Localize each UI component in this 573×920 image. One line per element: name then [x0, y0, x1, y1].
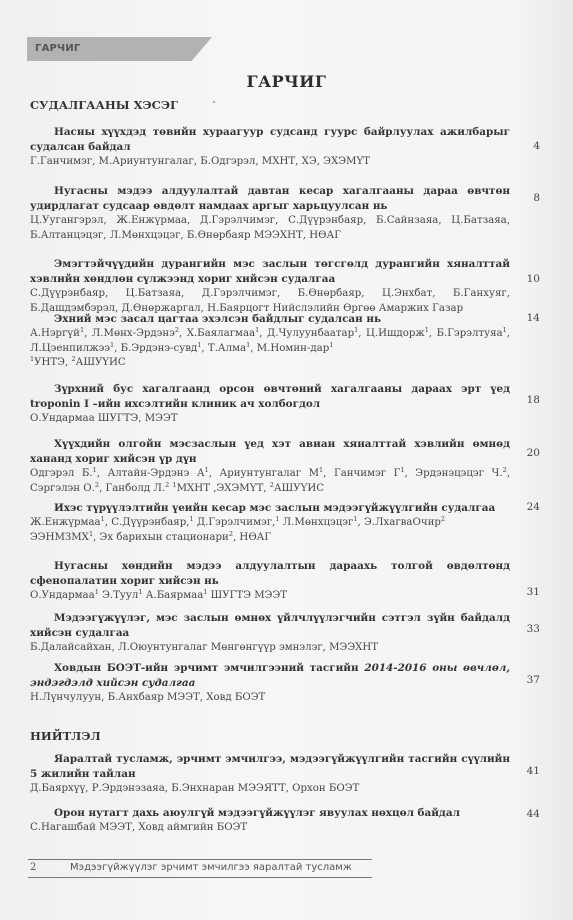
- toc-entry[interactable]: Хүүхдийн олгойн мэсзаслын үед хэт авиан …: [30, 437, 540, 496]
- speck: [213, 101, 215, 103]
- entry-authors: Б.Далайсайхан, Л.Оюунтунгалаг Мөнгөнгүүр…: [30, 641, 510, 656]
- footer-page-number: 2: [30, 862, 36, 873]
- affiliation-superscript: 1: [190, 515, 194, 523]
- entry-page-number: 44: [527, 808, 540, 820]
- toc-entry[interactable]: Насны хүүхдэд төвийн хураагуур судсанд г…: [30, 125, 540, 170]
- affiliation-superscript: 2: [229, 530, 233, 538]
- entry-page-number: 31: [527, 586, 540, 598]
- section-heading-research: СУДАЛГААНЫ ХЭСЭГ: [30, 98, 178, 112]
- entry-authors: О.Ундармаа ШУГТЭ, МЭЭТ: [30, 412, 510, 427]
- running-footer: 2 Мэдээгүйжүүлэг эрчимт эмчилгээ яаралта…: [28, 859, 372, 878]
- affiliation-superscript: 1: [30, 355, 34, 363]
- affiliation-superscript: 1: [110, 341, 114, 349]
- entry-page-number: 4: [533, 140, 540, 152]
- affiliation-superscript: 2: [441, 515, 445, 523]
- section-tab-label: ГАРЧИГ: [35, 43, 80, 54]
- affiliation-superscript: 2: [165, 481, 169, 489]
- section-heading-articles: НИЙТЛЭЛ: [30, 729, 101, 743]
- toc-entry[interactable]: Эхний мэс засал цагтаа эхэлсэн байдлыг с…: [30, 312, 540, 371]
- entry-authors: Г.Ганчимэг, М.Ариунтунгалаг, Б.Одгэрэл, …: [30, 155, 510, 170]
- entry-page-number: 10: [527, 273, 540, 285]
- entry-authors: Н.Лүнчулуун, Б.Анхбаяр МЭЭТ, Ховд БОЭТ: [30, 691, 510, 706]
- entry-title[interactable]: Эхний мэс засал цагтаа эхэлсэн байдлыг с…: [30, 312, 510, 327]
- entry-page-number: 8: [533, 192, 540, 204]
- affiliation-superscript: 1: [329, 341, 333, 349]
- affiliation-superscript: 1: [197, 341, 201, 349]
- affiliation-superscript: 1: [93, 466, 97, 474]
- entry-title[interactable]: Нугасны хөндийн мэдээ алдуулалтын дараах…: [30, 559, 510, 589]
- affiliation-superscript: 1: [275, 515, 279, 523]
- entry-page-number: 41: [527, 765, 540, 777]
- entry-authors: Ж.Енжүрмаа1, С.Дүүрэнбаяр,1 Д.Гэрэлчимэг…: [30, 516, 510, 545]
- page-title: ГАРЧИГ: [0, 72, 573, 91]
- section-tab-band: ГАРЧИГ: [27, 37, 212, 61]
- affiliation-superscript: 1: [425, 326, 429, 334]
- affiliation-superscript: 2: [270, 481, 274, 489]
- entry-title[interactable]: Нугасны мэдээ алдуулалтай давтан кесар х…: [30, 184, 510, 214]
- entry-authors: Ц.Уугангэрэл, Ж.Енжүрмаа, Д.Гэрэлчимэг, …: [30, 214, 510, 243]
- affiliation-superscript: 1: [503, 326, 507, 334]
- affiliation-superscript: 1: [172, 481, 176, 489]
- entry-title[interactable]: Эмэгтэйчүүдийн дурангийн мэс заслын төгс…: [30, 257, 510, 287]
- affiliation-superscript: 1: [89, 530, 93, 538]
- entry-authors: С.Нагашбай МЭЭТ, Ховд аймгийн БОЭТ: [30, 821, 510, 836]
- affiliation-superscript: 1: [246, 341, 250, 349]
- entry-page-number: 37: [527, 674, 540, 686]
- affiliation-superscript: 2: [503, 466, 507, 474]
- entry-page-number: 33: [527, 623, 540, 635]
- affiliation-superscript: 1: [255, 326, 259, 334]
- affiliation-superscript: 2: [175, 326, 179, 334]
- entry-page-number: 20: [527, 447, 540, 459]
- affiliation-superscript: 1: [80, 326, 84, 334]
- toc-entry[interactable]: Орон нутагт дахь аюулгүй мэдээгүйжүүлэг …: [30, 806, 540, 836]
- entry-authors: О.Ундармаа1 Э.Туул1 А.Баярмаа1 ШУГТЭ МЭЭ…: [30, 589, 510, 604]
- toc-entry[interactable]: Яаралтай тусламж, эрчимт эмчилгээ, мэдээ…: [30, 752, 540, 797]
- affiliation-superscript: 1: [101, 515, 105, 523]
- toc-entry[interactable]: Ховдын БОЭТ-ийн эрчимт эмчилгээний тасги…: [30, 661, 540, 706]
- affiliation-superscript: 1: [95, 588, 99, 596]
- affiliation-superscript: 2: [71, 355, 75, 363]
- entry-page-number: 18: [527, 394, 540, 406]
- entry-authors: Д.Баярхүү, Р.Эрдэнэзаяа, Б.Энхнаран МЭЭЯ…: [30, 782, 510, 797]
- toc-entry[interactable]: Эмэгтэйчүүдийн дурангийн мэс заслын төгс…: [30, 257, 540, 316]
- entry-page-number: 14: [527, 312, 540, 324]
- affiliation-superscript: 1: [353, 515, 357, 523]
- footer-journal-title: Мэдээгүйжүүлэг эрчимт эмчилгээ яаралтай …: [70, 862, 352, 873]
- entry-authors: Одгэрэл Б.1, Алтайн-Эрдэнэ А1, Ариунтунг…: [30, 467, 510, 496]
- entry-title[interactable]: Яаралтай тусламж, эрчимт эмчилгээ, мэдээ…: [30, 752, 510, 782]
- affiliation-superscript: 1: [400, 466, 404, 474]
- affiliation-superscript: 1: [319, 466, 323, 474]
- entry-title[interactable]: Ховдын БОЭТ-ийн эрчимт эмчилгээний тасги…: [30, 661, 510, 691]
- toc-entry[interactable]: Нугасны мэдээ алдуулалтай давтан кесар х…: [30, 184, 540, 243]
- toc-entry[interactable]: Нугасны хөндийн мэдээ алдуулалтын дараах…: [30, 559, 540, 604]
- entry-title[interactable]: Орон нутагт дахь аюулгүй мэдээгүйжүүлэг …: [30, 806, 510, 821]
- entry-page-number: 24: [527, 501, 540, 513]
- toc-entry[interactable]: Ихэс түрүүлэлтийн үеийн кесар мэс заслын…: [30, 501, 540, 545]
- entry-title[interactable]: Ихэс түрүүлэлтийн үеийн кесар мэс заслын…: [30, 501, 510, 516]
- italic-text: 2014-2016 оны өвчлөл, эндэгдэлд хийсэн с…: [30, 662, 510, 689]
- affiliation-superscript: 1: [203, 588, 207, 596]
- affiliation-superscript: 1: [138, 588, 142, 596]
- entry-title[interactable]: Зүрхний бус хагалгаанд орсон өвчтөний ха…: [30, 382, 510, 412]
- toc-entry[interactable]: Мэдээгүжүүлэг, мэс заслын өмнөх үйлчлүүл…: [30, 611, 540, 656]
- entry-title[interactable]: Хүүхдийн олгойн мэсзаслын үед хэт авиан …: [30, 437, 510, 467]
- affiliation-superscript: 1: [205, 466, 209, 474]
- toc-entry[interactable]: Зүрхний бус хагалгаанд орсон өвчтөний ха…: [30, 382, 540, 427]
- affiliation-superscript: 2: [95, 481, 99, 489]
- document-page: ГАРЧИГ ГАРЧИГ СУДАЛГААНЫ ХЭСЭГ Насны хүү…: [0, 0, 573, 920]
- entry-authors: А.Нэргүй1, Л.Мөнх-Эрдэнэ2, Х.Баялагмаа1,…: [30, 327, 510, 371]
- affiliation-superscript: 1: [354, 326, 358, 334]
- entry-title[interactable]: Насны хүүхдэд төвийн хураагуур судсанд г…: [30, 125, 510, 155]
- entry-title[interactable]: Мэдээгүжүүлэг, мэс заслын өмнөх үйлчлүүл…: [30, 611, 510, 641]
